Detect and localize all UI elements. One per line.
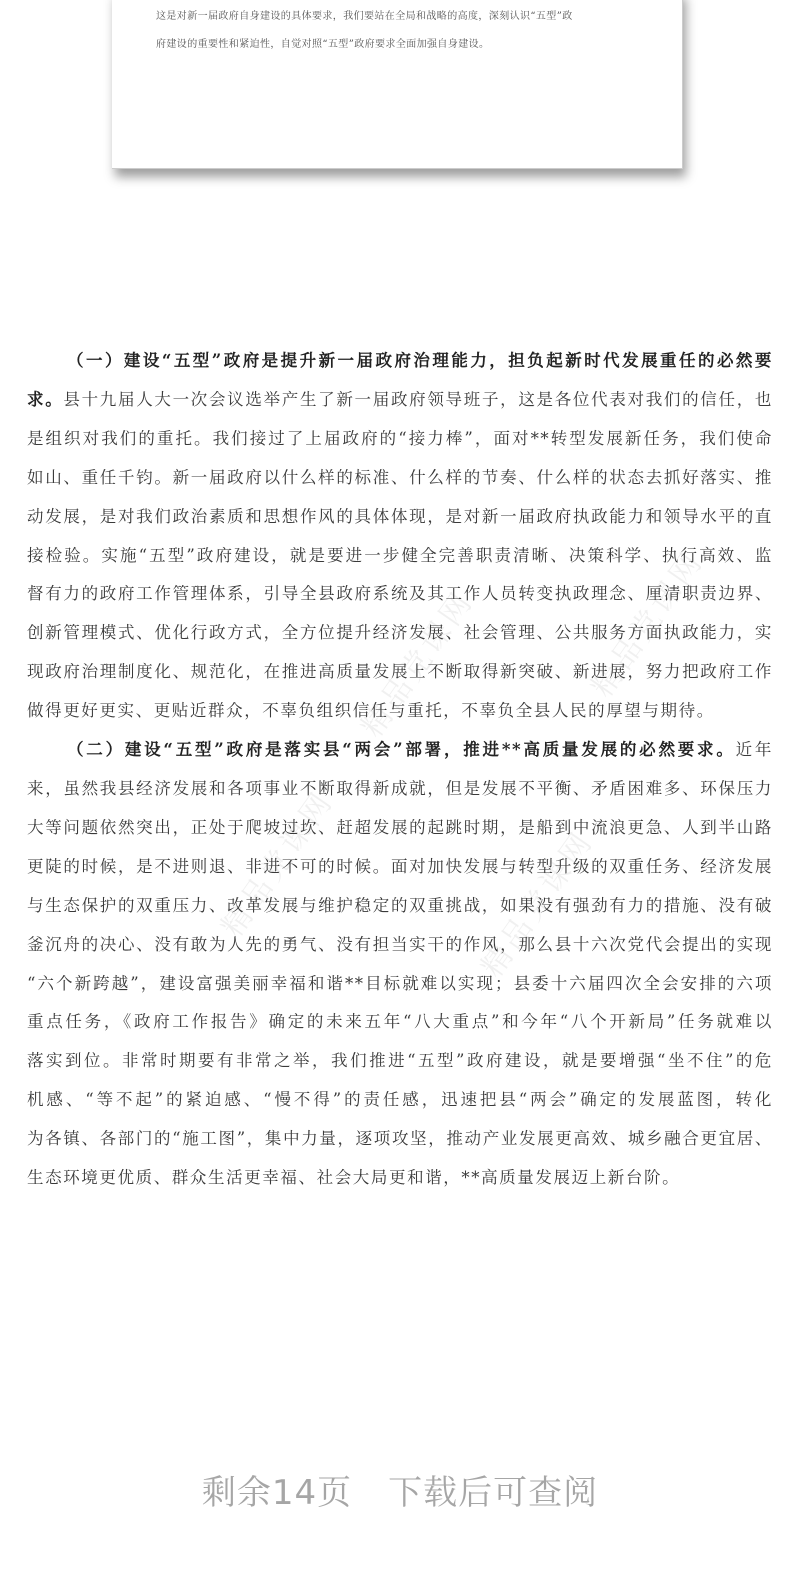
text-line: 做得更好更实、更贴近群众，不辜负组织信任与重托，不辜负全县人民的厚望与期待。 — [27, 692, 773, 731]
body-text: 县十九届人大一次会议选举产生了新一届政府领导班子，这是各位代表对我们的信任，也 — [63, 390, 773, 409]
text-line: 督有力的政府工作管理体系，引导全县政府系统及其工作人员转变执政理念、厘清职责边界… — [27, 575, 773, 614]
bold-heading-text: （二）建设“五型”政府是落实县“两会”部署，推进**高质量发展的必然要求。 — [67, 740, 736, 759]
text-line: 是组织对我们的重托。我们接过了上届政府的“接力棒”，面对**转型发展新任务，我们… — [27, 420, 773, 459]
text-line: 与生态保护的双重压力、改革发展与维护稳定的双重挑战，如果没有强劲有力的措施、没有… — [27, 887, 773, 926]
text-line: 釜沉舟的决心、没有敢为人先的勇气、没有担当实干的作风，那么县十六次党代会提出的实… — [27, 926, 773, 965]
body-text: 来，虽然我县经济发展和各项事业不断取得新成就，但是发展不平衡、矛盾困难多、环保压… — [27, 779, 773, 798]
text-line: （二）建设“五型”政府是落实县“两会”部署，推进**高质量发展的必然要求。近年 — [27, 731, 773, 770]
text-line: 生态环境更优质、群众生活更幸福、社会大局更和谐，**高质量发展迈上新台阶。 — [27, 1159, 773, 1198]
paragraph: （一）建设“五型”政府是提升新一届政府治理能力，担负起新时代发展重任的必然要求。… — [27, 342, 773, 731]
text-line: 如山、重任千钧。新一届政府以什么样的标准、什么样的节奏、什么样的状态去抓好落实、… — [27, 459, 773, 498]
text-line: 动发展，是对我们政治素质和思想作风的具体体现，是对新一届政府执政能力和领导水平的… — [27, 498, 773, 537]
text-line: 更陡的时候，是不进则退、非进不可的时候。面对加快发展与转型升级的双重任务、经济发… — [27, 848, 773, 887]
remaining-pages-label: 剩余14页 — [202, 1473, 352, 1513]
text-line: 大等问题依然突出，正处于爬坡过坎、赶超发展的起跳时期，是船到中流浪更急、人到半山… — [27, 809, 773, 848]
body-text: 生态环境更优质、群众生活更幸福、社会大局更和谐，**高质量发展迈上新台阶。 — [27, 1168, 680, 1187]
paragraph: （二）建设“五型”政府是落实县“两会”部署，推进**高质量发展的必然要求。近年来… — [27, 731, 773, 1198]
bold-heading-text: （一）建设“五型”政府是提升新一届政府治理能力，担负起新时代发展重任的必然要 — [67, 351, 773, 370]
body-text: 近年 — [736, 740, 773, 759]
body-text: 是组织对我们的重托。我们接过了上届政府的“接力棒”，面对**转型发展新任务，我们… — [27, 429, 773, 448]
body-text: 釜沉舟的决心、没有敢为人先的勇气、没有担当实干的作风，那么县十六次党代会提出的实… — [27, 935, 773, 954]
text-line: 机感、“等不起”的紧迫感、“慢不得”的责任感，迅速把县“两会”确定的发展蓝图，转… — [27, 1081, 773, 1120]
body-text: 创新管理模式、优化行政方式，全方位提升经济发展、社会管理、公共服务方面执政能力，… — [27, 623, 773, 642]
text-line: 落实到位。非常时期要有非常之举，我们推进“五型”政府建设，就是要增强“坐不住”的… — [27, 1042, 773, 1081]
body-text: 动发展，是对我们政治素质和思想作风的具体体现，是对新一届政府执政能力和领导水平的… — [27, 507, 773, 526]
body-text: 机感、“等不起”的紧迫感、“慢不得”的责任感，迅速把县“两会”确定的发展蓝图，转… — [27, 1090, 773, 1109]
section-2: （二）建设“五型”政府是落实县“两会”部署，推进**高质量发展的必然要求。近年来… — [27, 731, 773, 1198]
preview-line: 府建设的重要性和紧迫性，自觉对照“五型”政府要求全面加强自身建设。 — [156, 35, 656, 50]
bold-heading-text: 求。 — [27, 390, 63, 409]
body-text: 现政府治理制度化、规范化，在推进高质量发展上不断取得新突破、新进展，努力把政府工… — [27, 662, 773, 681]
body-text: 督有力的政府工作管理体系，引导全县政府系统及其工作人员转变执政理念、厘清职责边界… — [27, 584, 773, 603]
preview-line: 这是对新一届政府自身建设的具体要求，我们要站在全局和战略的高度，深刻认识“五型”… — [156, 7, 656, 22]
text-line: “六个新跨越”，建设富强美丽幸福和谐**目标就难以实现；县委十六届四次全会安排的… — [27, 965, 773, 1004]
body-text: 做得更好更实、更贴近群众，不辜负组织信任与重托，不辜负全县人民的厚望与期待。 — [27, 701, 715, 720]
text-line: 创新管理模式、优化行政方式，全方位提升经济发展、社会管理、公共服务方面执政能力，… — [27, 614, 773, 653]
body-text: 如山、重任千钧。新一届政府以什么样的标准、什么样的节奏、什么样的状态去抓好落实、… — [27, 468, 773, 487]
document-body: （一）建设“五型”政府是提升新一届政府治理能力，担负起新时代发展重任的必然要求。… — [27, 342, 773, 1198]
text-line: 来，虽然我县经济发展和各项事业不断取得新成就，但是发展不平衡、矛盾困难多、环保压… — [27, 770, 773, 809]
text-line: 求。县十九届人大一次会议选举产生了新一届政府领导班子，这是各位代表对我们的信任，… — [27, 381, 773, 420]
body-text: 为各镇、各部门的“施工图”，集中力量，逐项攻坚，推动产业发展更高效、城乡融合更宜… — [27, 1129, 773, 1148]
text-line: （一）建设“五型”政府是提升新一届政府治理能力，担负起新时代发展重任的必然要 — [27, 342, 773, 381]
download-to-view-label: 下载后可查阅 — [388, 1473, 598, 1513]
text-line: 重点任务，《政府工作报告》确定的未来五年“八大重点”和今年“八个开新局”任务就难… — [27, 1003, 773, 1042]
body-text: 大等问题依然突出，正处于爬坡过坎、赶超发展的起跳时期，是船到中流浪更急、人到半山… — [27, 818, 773, 837]
body-text: 落实到位。非常时期要有非常之举，我们推进“五型”政府建设，就是要增强“坐不住”的… — [27, 1051, 773, 1070]
body-text: 接检验。实施“五型”政府建设，就是要进一步健全完善职责清晰、决策科学、执行高效、… — [27, 546, 773, 565]
download-prompt[interactable]: 剩余14页下载后可查阅 — [0, 1465, 800, 1514]
body-text: 更陡的时候，是不进则退、非进不可的时候。面对加快发展与转型升级的双重任务、经济发… — [27, 857, 773, 876]
text-line: 现政府治理制度化、规范化，在推进高质量发展上不断取得新突破、新进展，努力把政府工… — [27, 653, 773, 692]
previous-page-preview: 这是对新一届政府自身建设的具体要求，我们要站在全局和战略的高度，深刻认识“五型”… — [112, 0, 683, 169]
text-line: 接检验。实施“五型”政府建设，就是要进一步健全完善职责清晰、决策科学、执行高效、… — [27, 537, 773, 576]
body-text: “六个新跨越”，建设富强美丽幸福和谐**目标就难以实现；县委十六届四次全会安排的… — [27, 974, 773, 993]
section-1: （一）建设“五型”政府是提升新一届政府治理能力，担负起新时代发展重任的必然要求。… — [27, 342, 773, 731]
text-line: 为各镇、各部门的“施工图”，集中力量，逐项攻坚，推动产业发展更高效、城乡融合更宜… — [27, 1120, 773, 1159]
body-text: 重点任务，《政府工作报告》确定的未来五年“八大重点”和今年“八个开新局”任务就难… — [27, 1012, 773, 1031]
body-text: 与生态保护的双重压力、改革发展与维护稳定的双重挑战，如果没有强劲有力的措施、没有… — [27, 896, 773, 915]
